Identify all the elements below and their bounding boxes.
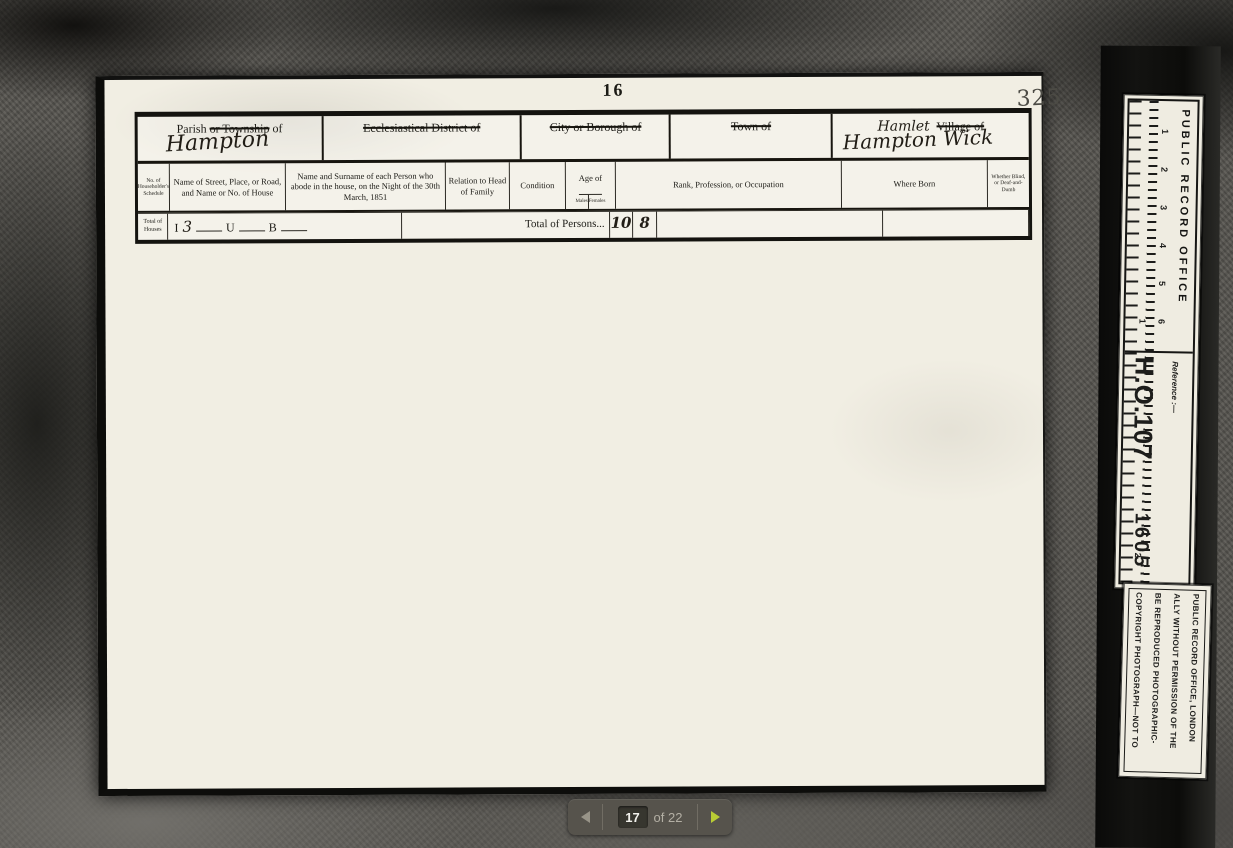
col-header-age-females: Females xyxy=(589,195,606,209)
total-males: 10 xyxy=(610,212,634,238)
col-header-condition: Condition xyxy=(510,162,566,209)
folio-page-number: 16 xyxy=(602,80,624,101)
pro-title: PUBLIC RECORD OFFICE xyxy=(1176,109,1192,304)
col-header-born: Where Born xyxy=(842,160,988,208)
column-header-row: No. of Householder's Schedule Name of St… xyxy=(138,157,1029,213)
total-houses-label: Total of Houses xyxy=(138,214,168,240)
next-page-button[interactable] xyxy=(698,799,732,835)
page-number-input[interactable]: 17 xyxy=(618,806,648,828)
page-count-label: of 22 xyxy=(654,810,683,825)
copyright-line: BE REPRODUCED PHOTOGRAPHIC- xyxy=(1149,593,1163,769)
total-houses-values: I3 U B xyxy=(168,213,402,240)
pro-copyright-card: COPYRIGHT PHOTOGRAPH—NOT TO BE REPRODUCE… xyxy=(1118,583,1211,779)
prev-page-button[interactable] xyxy=(568,799,602,835)
col-header-infirmity: Whether Blind, or Deaf-and-Dumb xyxy=(988,160,1029,207)
ruler-card-border: 1 2 1 2 3 4 5 6 PUBLIC RECORD OFFICE Ref… xyxy=(1118,98,1199,585)
copyright-line: COPYRIGHT PHOTOGRAPH—NOT TO xyxy=(1130,592,1144,768)
village-value-handwritten: Hampton Wick xyxy=(843,125,994,155)
cm-number: 6 xyxy=(1156,319,1166,324)
copyright-text: COPYRIGHT PHOTOGRAPH—NOT TO BE REPRODUCE… xyxy=(1123,588,1206,774)
reference-section: Reference :— H.O.107 1605 xyxy=(1120,350,1192,583)
cm-number: 3 xyxy=(1159,205,1169,210)
total-females: 8 xyxy=(633,212,657,238)
struck-text: Ecclesiastical District of xyxy=(363,120,480,135)
total-persons-label: Total of Persons... xyxy=(402,212,610,239)
totals-row: Total of Houses I3 U B Total of Persons.… xyxy=(138,209,1029,240)
col-header-occupation: Rank, Profession, or Occupation xyxy=(616,161,842,209)
reference-number: H.O.107 xyxy=(1127,356,1160,460)
cm-number: 4 xyxy=(1158,243,1168,248)
col-header-name: Name and Surname of each Person who abod… xyxy=(286,163,446,211)
copyright-line: PUBLIC RECORD OFFICE, LONDON xyxy=(1187,594,1201,770)
pro-ruler-card: 1 2 1 2 3 4 5 6 PUBLIC RECORD OFFICE Ref… xyxy=(1114,94,1203,589)
city-borough-field: City or Borough of xyxy=(522,115,671,160)
col-header-relation: Relation to Head of Family xyxy=(446,162,510,209)
inhabited-count-handwritten: 3 xyxy=(182,218,192,236)
prev-page-icon xyxy=(581,811,590,823)
copyright-line: ALLY WITHOUT PERMISSION OF THE xyxy=(1168,593,1182,769)
totals-born-empty xyxy=(883,210,1029,237)
col-header-schedule: No. of Householder's Schedule xyxy=(138,164,170,211)
cm-number: 5 xyxy=(1157,281,1167,286)
struck-text: Town of xyxy=(731,119,771,133)
parish-value-handwritten: Hampton xyxy=(165,127,270,158)
town-field: Town of xyxy=(671,114,833,159)
parish-field: Parish or Township of Hampton xyxy=(138,116,324,161)
struck-text: City or Borough of xyxy=(550,120,642,134)
inch-number: 1 xyxy=(1137,319,1147,324)
village-field: Hamlet Village of Hampton Wick xyxy=(833,113,1029,158)
col-header-age: Age of Males Females xyxy=(566,162,616,209)
next-page-icon xyxy=(711,811,720,823)
cm-number: 2 xyxy=(1159,167,1169,172)
census-form: Parish or Township of Hampton Ecclesiast… xyxy=(135,108,1033,244)
col-header-street: Name of Street, Place, or Road, and Name… xyxy=(170,163,286,211)
totals-occupation-empty xyxy=(657,211,883,238)
census-document-image[interactable]: 16 325 Parish or Township of Hampton Ecc… xyxy=(95,72,1046,796)
piece-number: 1605 xyxy=(1129,512,1153,569)
ecclesiastical-district-field: Ecclesiastical District of xyxy=(323,115,522,160)
reference-label: Reference :— xyxy=(1170,361,1180,413)
image-viewer-canvas[interactable]: 1 2 1 2 3 4 5 6 PUBLIC RECORD OFFICE Ref… xyxy=(0,0,1233,848)
cm-number: 1 xyxy=(1160,129,1170,134)
col-header-age-males: Males xyxy=(576,195,589,209)
location-header-row: Parish or Township of Hampton Ecclesiast… xyxy=(138,113,1029,161)
pagination-bar: 17 of 22 xyxy=(568,799,732,835)
